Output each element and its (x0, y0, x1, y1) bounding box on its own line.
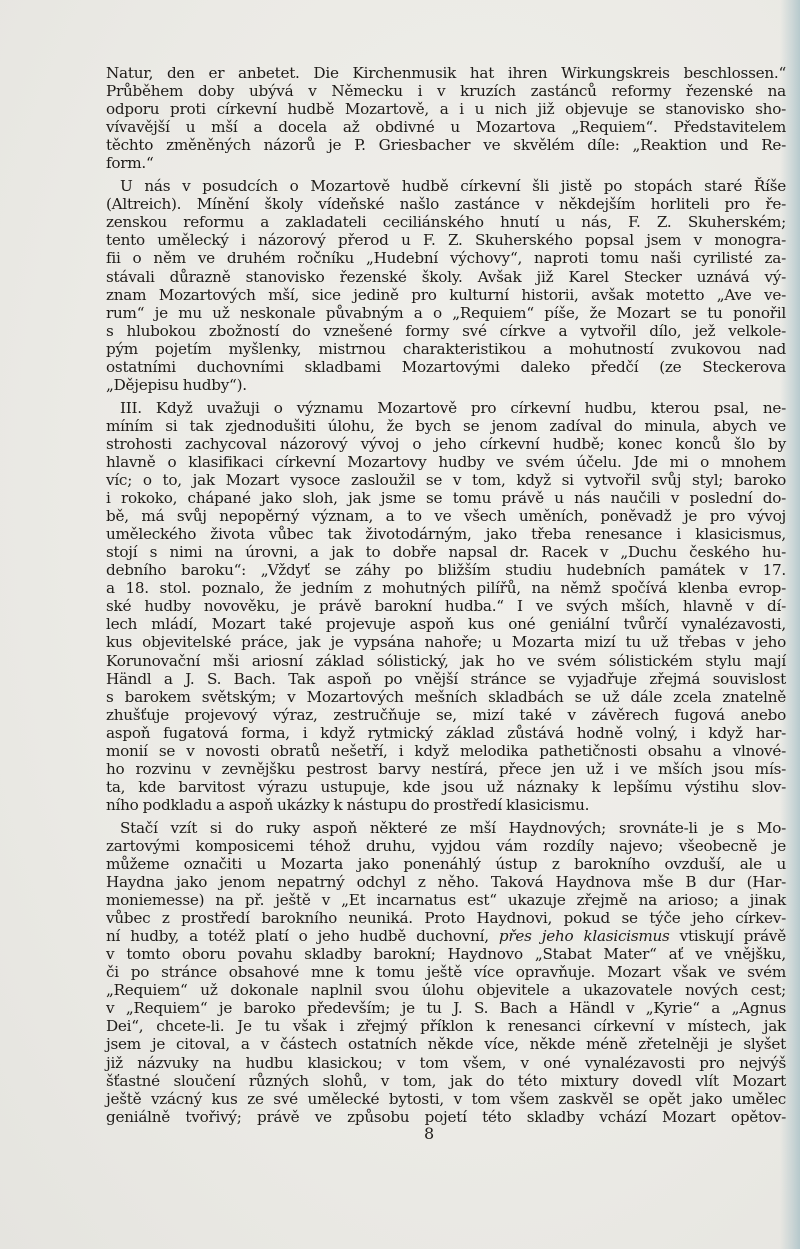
text-line: můžeme označiti u Mozarta jako ponenáhlý… (106, 855, 786, 873)
text-line: ho rozvinu v zevnějšku pestrost barvy ne… (106, 760, 786, 778)
text-line: i rokoko, chápané jako sloh, jak jsme se… (106, 489, 786, 507)
text-line: Händl a J. S. Bach. Tak aspoň po vnější … (106, 670, 786, 688)
text-line: a 18. stol. poznalo, že jedním z mohutný… (106, 579, 786, 597)
text-line: kus objevitelské práce, jak je vypsána n… (106, 633, 786, 651)
text-line: U nás v posudcích o Mozartově hudbě círk… (106, 177, 786, 195)
text-line: „Requiem“ už dokonale naplnil svou úlohu… (106, 981, 786, 999)
text-line: Stačí vzít si do ruky aspoň některé ze m… (106, 819, 786, 837)
text-line: (Altreich). Mínění školy vídeňské našlo … (106, 195, 786, 213)
text-line: pým pojetím myšlenky, mistrnou charakter… (106, 340, 786, 358)
text-line: Haydna jako jenom nepatrný odchyl z něho… (106, 873, 786, 891)
text-line: jsem je citoval, a v částech ostatních n… (106, 1035, 786, 1053)
text-line: odporu proti církevní hudbě Mozartově, a… (106, 100, 786, 118)
text-line: „Dějepisu hudby“). (106, 376, 786, 394)
page-number: 8 (424, 1124, 434, 1143)
text-line: geniálně tvořivý; právě ve způsobu pojet… (106, 1108, 786, 1126)
text-line-with-emphasis: ní hudby, a totéž platí o jeho hudbě duc… (106, 927, 786, 945)
text-line: Průběhem doby ubývá v Německu i v kruzíc… (106, 82, 786, 100)
scanned-page: Natur, den er anbetet. Die Kirchenmusik … (0, 0, 800, 1249)
text-line: Dei“, chcete-li. Je tu však i zřejmý pří… (106, 1017, 786, 1035)
emphasized-text: přes jeho klasicismus (499, 927, 670, 945)
text-line: ního podkladu a aspoň ukázky k nástupu d… (106, 796, 786, 814)
text-line: stojí s nimi na úrovni, a jak to dobře n… (106, 543, 786, 561)
text-line: zhušťuje projevový výraz, zestručňuje se… (106, 706, 786, 724)
paragraph-section-iii: III. Když uvažuji o významu Mozartově pr… (106, 399, 786, 814)
text-line: či po stránce obsahové mne k tomu ještě … (106, 963, 786, 981)
text-line: ské hudby novověku, je právě barokní hud… (106, 597, 786, 615)
text-line: Natur, den er anbetet. Die Kirchenmusik … (106, 64, 786, 82)
text-line: těchto změněných názorů je P. Griesbache… (106, 136, 786, 154)
text-line: hlavně o klasifikaci církevní Mozartovy … (106, 453, 786, 471)
text-line: debního baroku“: „Vždyť se záhy po bližš… (106, 561, 786, 579)
text-line: již názvuky na hudbu klasickou; v tom vš… (106, 1054, 786, 1072)
text-segment: ní hudby, a totéž platí o jeho hudbě duc… (106, 927, 499, 945)
paragraph-german-quote-continuation: Natur, den er anbetet. Die Kirchenmusik … (106, 64, 786, 172)
text-line: tento umělecký i názorový přerod u F. Z.… (106, 231, 786, 249)
text-line: víc; o to, jak Mozart vysoce zasloužil s… (106, 471, 786, 489)
text-line: fii o něm ve druhém ročníku „Hudební výc… (106, 249, 786, 267)
text-line: ostatními duchovními skladbami Mozartový… (106, 358, 786, 376)
text-line: míním si tak zjednodušiti úlohu, že bych… (106, 417, 786, 435)
text-line: aspoň fugatová forma, i když rytmický zá… (106, 724, 786, 742)
text-line: s barokem světským; v Mozartových mešníc… (106, 688, 786, 706)
text-line: v tomto oboru povahu skladby barokní; Ha… (106, 945, 786, 963)
text-line: III. Když uvažuji o významu Mozartově pr… (106, 399, 786, 417)
text-line: vívavější u mší a docela až obdivné u Mo… (106, 118, 786, 136)
text-line: bě, má svůj nepopěrný význam, a to ve vš… (106, 507, 786, 525)
text-line: rum“ je mu už neskonale půvabným a o „Re… (106, 304, 786, 322)
text-line: ta, kde barvitost výrazu ustupuje, kde j… (106, 778, 786, 796)
text-line: uměleckého života vůbec tak životodárným… (106, 525, 786, 543)
text-line: form.“ (106, 154, 786, 172)
text-line: stávali důrazně stanovisko řezenské škol… (106, 268, 786, 286)
text-line: ještě vzácný kus ze své umělecké bytosti… (106, 1090, 786, 1108)
text-line: v „Requiem“ je baroko především; je tu J… (106, 999, 786, 1017)
body-text: Natur, den er anbetet. Die Kirchenmusik … (106, 64, 786, 1126)
paragraph-haydn-comparison: Stačí vzít si do ruky aspoň některé ze m… (106, 819, 786, 1126)
text-line: monií se v novosti obratů nešetří, i kdy… (106, 742, 786, 760)
text-line: znam Mozartových mší, sice jedině pro ku… (106, 286, 786, 304)
text-line: Korunovační mši ariosní základ sólistick… (106, 652, 786, 670)
text-line: zenskou reformu a zakladateli ceciliánsk… (106, 213, 786, 231)
text-line: strohosti zachycoval názorový vývoj o je… (106, 435, 786, 453)
text-line: s hlubokou zbožností do vznešené formy s… (106, 322, 786, 340)
text-line: zartovými komposicemi téhož druhu, vyjdo… (106, 837, 786, 855)
text-segment: vtiskují právě (670, 927, 786, 945)
paragraph-czech-reception: U nás v posudcích o Mozartově hudbě círk… (106, 177, 786, 394)
text-line: vůbec z prostředí barokního neuniká. Pro… (106, 909, 786, 927)
text-line: lech mládí, Mozart také projevuje aspoň … (106, 615, 786, 633)
text-line: moniemesse) na př. ještě v „Et incarnatu… (106, 891, 786, 909)
text-line: šťastné sloučení různých slohů, v tom, j… (106, 1072, 786, 1090)
